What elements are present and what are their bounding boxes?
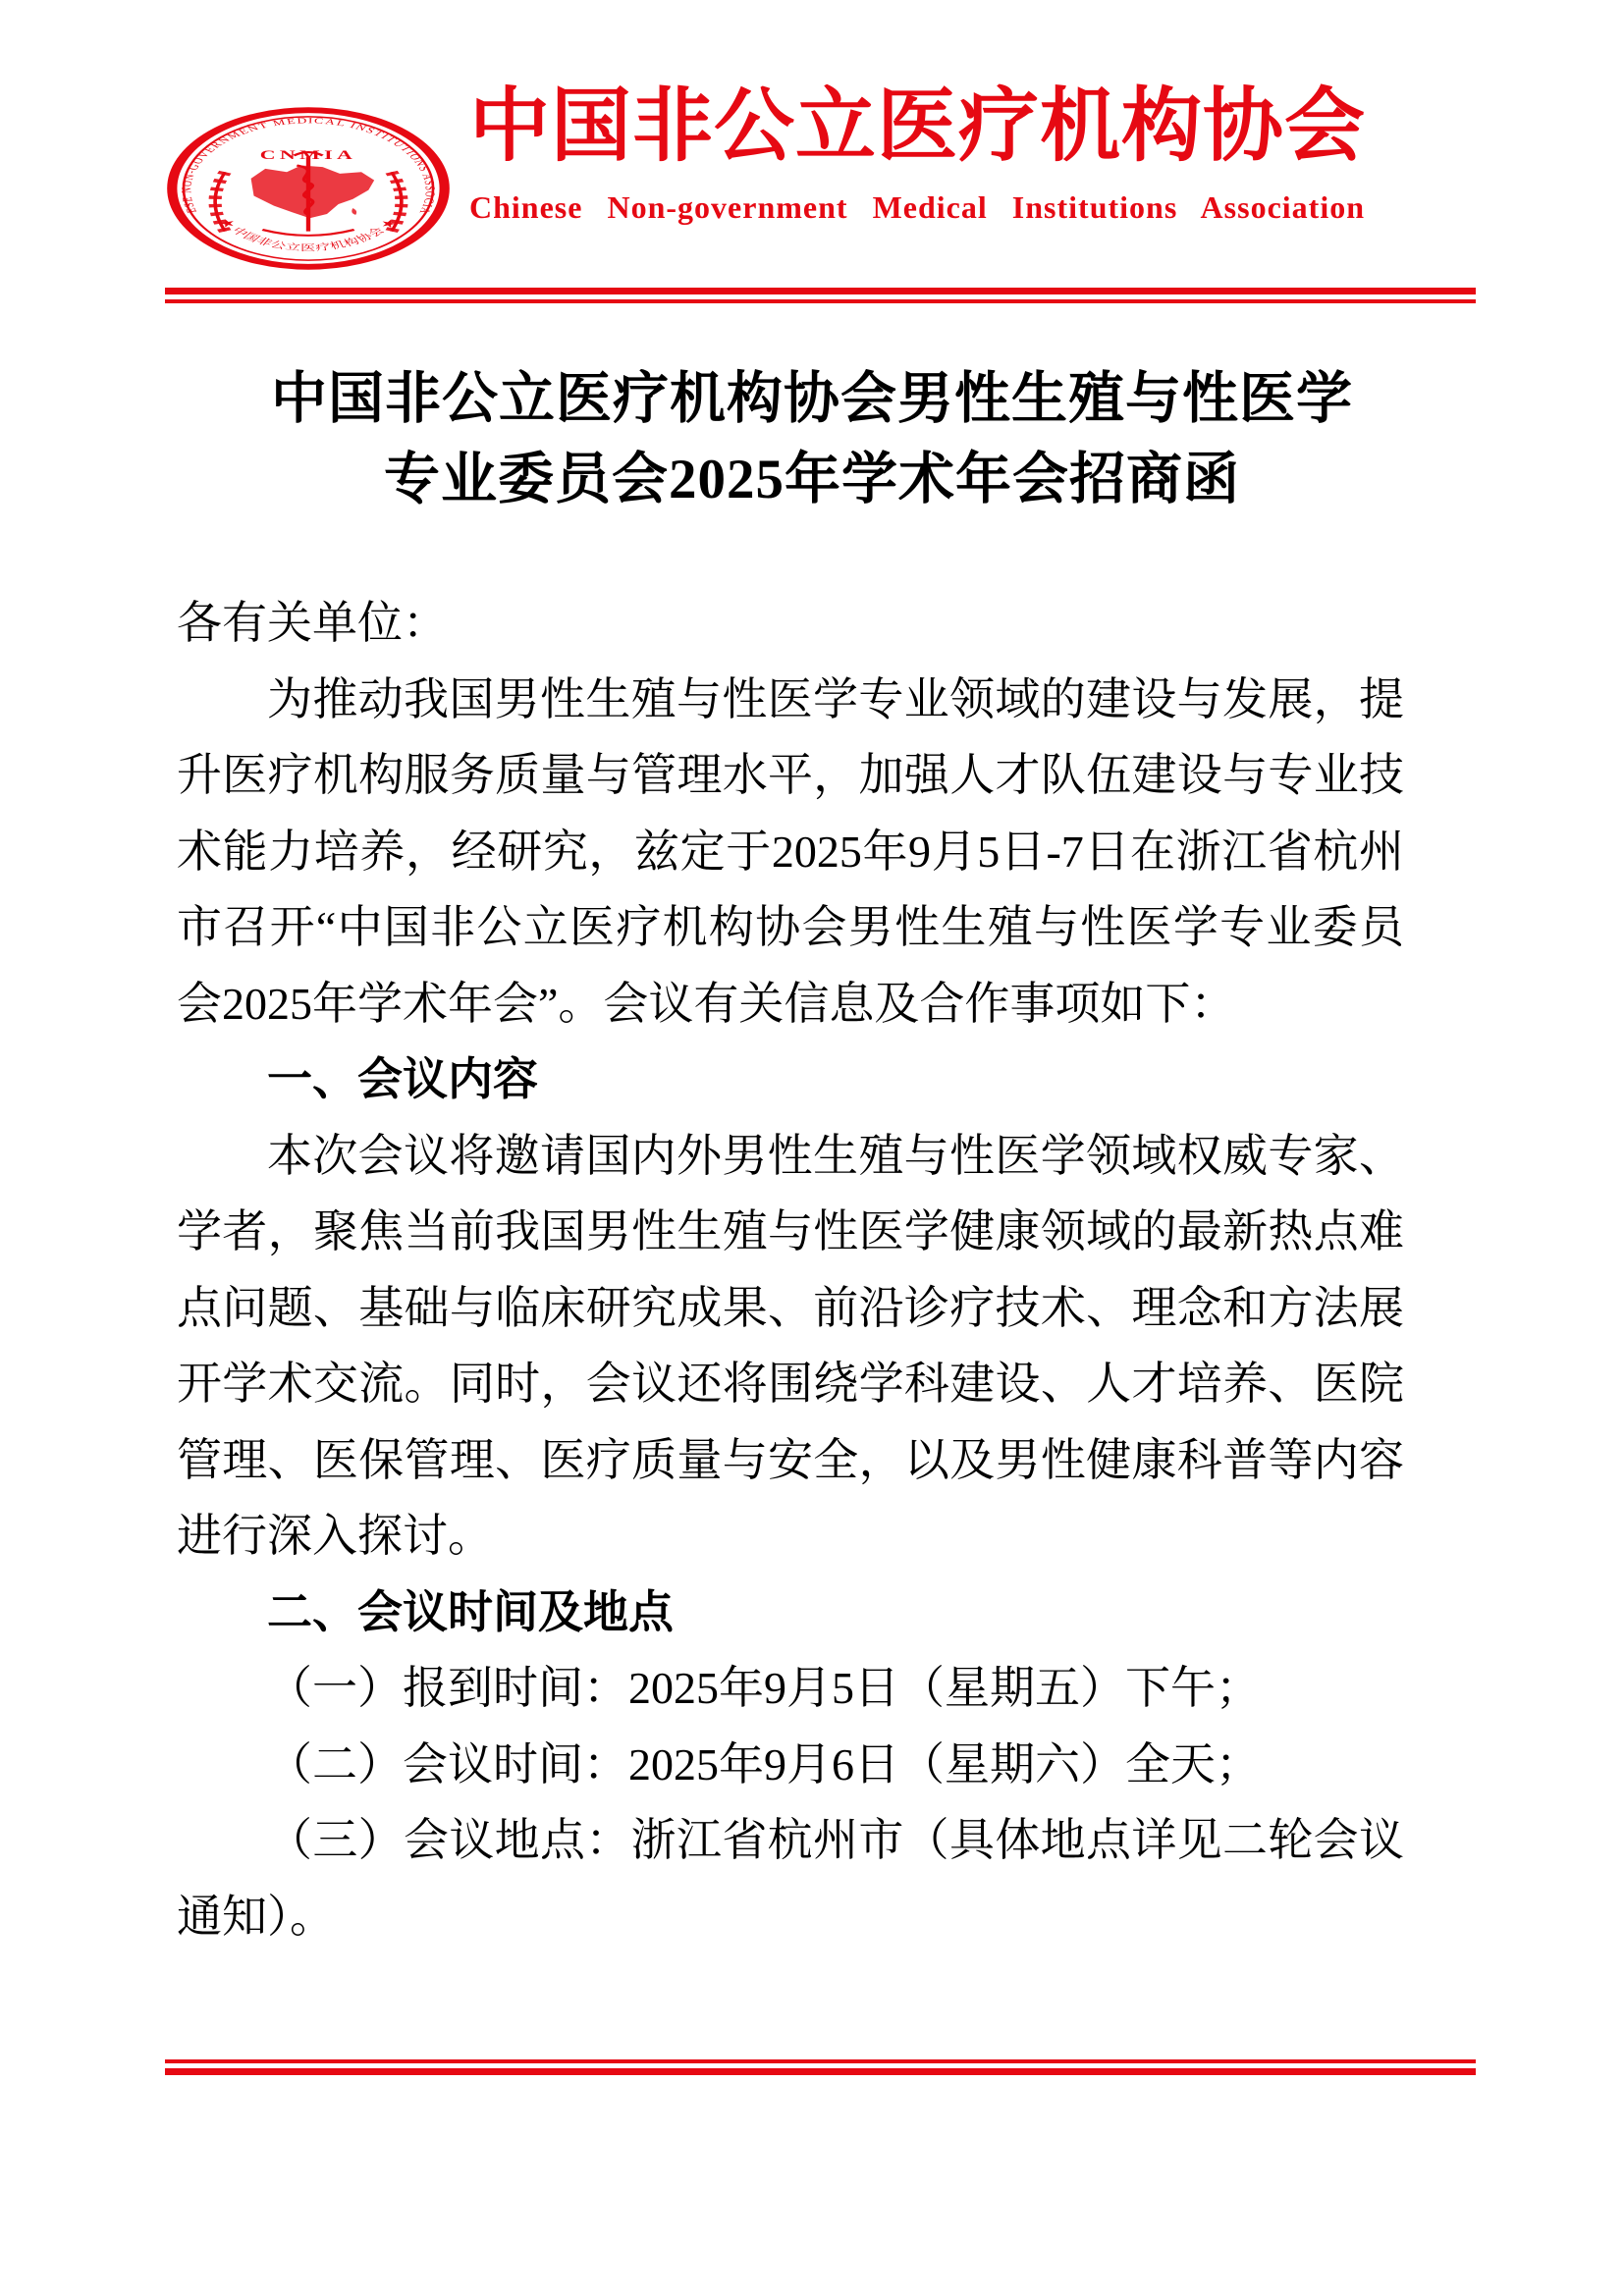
rule-thick-line: [165, 288, 1476, 294]
document-title: 中国非公立医疗机构协会男性生殖与性医学 专业委员会2025年学术年会招商函: [0, 359, 1624, 520]
section2-item-3: （三）会议地点：浙江省杭州市（具体地点详见二轮会议通知）。: [177, 1802, 1404, 1954]
header-double-rule: [165, 288, 1476, 303]
org-name-block: 中国非公立医疗机构协会 Chinese Non-government Medic…: [469, 69, 1365, 230]
taiwan-island-shape: [352, 208, 356, 215]
laurel-wreath-left-icon: [215, 172, 225, 231]
section1-paragraph: 本次会议将邀请国内外男性生殖与性医学领域权威专家、学者，聚焦当前我国男性生殖与性…: [177, 1118, 1404, 1575]
rule-thin-line: [165, 299, 1476, 303]
salutation: 各有关单位：: [177, 585, 1404, 662]
letter-page: CHINESE NON-GOVERNMENT MEDICAL INSTITUTI…: [0, 0, 1624, 2296]
org-name-english: Chinese Non-government Medical Instituti…: [469, 185, 1365, 230]
document-title-line2: 专业委员会2025年学术年会招商函: [0, 440, 1624, 520]
section2-heading: 二、会议时间及地点: [177, 1575, 1404, 1651]
section1-heading: 一、会议内容: [177, 1041, 1404, 1118]
association-masthead: CHINESE NON-GOVERNMENT MEDICAL INSTITUTI…: [0, 69, 1624, 280]
footer-double-rule: [165, 2059, 1476, 2075]
china-map-shape: [251, 165, 375, 218]
intro-paragraph: 为推动我国男性生殖与性医学专业领域的建设与发展，提升医疗机构服务质量与管理水平，…: [177, 662, 1404, 1042]
document-title-line1: 中国非公立医疗机构协会男性生殖与性医学: [0, 359, 1624, 440]
association-seal-logo: CHINESE NON-GOVERNMENT MEDICAL INSTITUTI…: [165, 106, 452, 271]
seal-graphic: CHINESE NON-GOVERNMENT MEDICAL INSTITUTI…: [165, 106, 452, 271]
laurel-wreath-right-icon: [392, 172, 402, 231]
section2-item-1: （一）报到时间：2025年9月5日（星期五）下午；: [177, 1650, 1404, 1727]
rule-thick-line: [165, 2068, 1476, 2075]
section2-item-2: （二）会议时间：2025年9月6日（星期六）全天；: [177, 1727, 1404, 1803]
letter-body: 各有关单位： 为推动我国男性生殖与性医学专业领域的建设与发展，提升医疗机构服务质…: [177, 585, 1404, 1954]
org-name-chinese: 中国非公立医疗机构协会: [469, 69, 1365, 185]
